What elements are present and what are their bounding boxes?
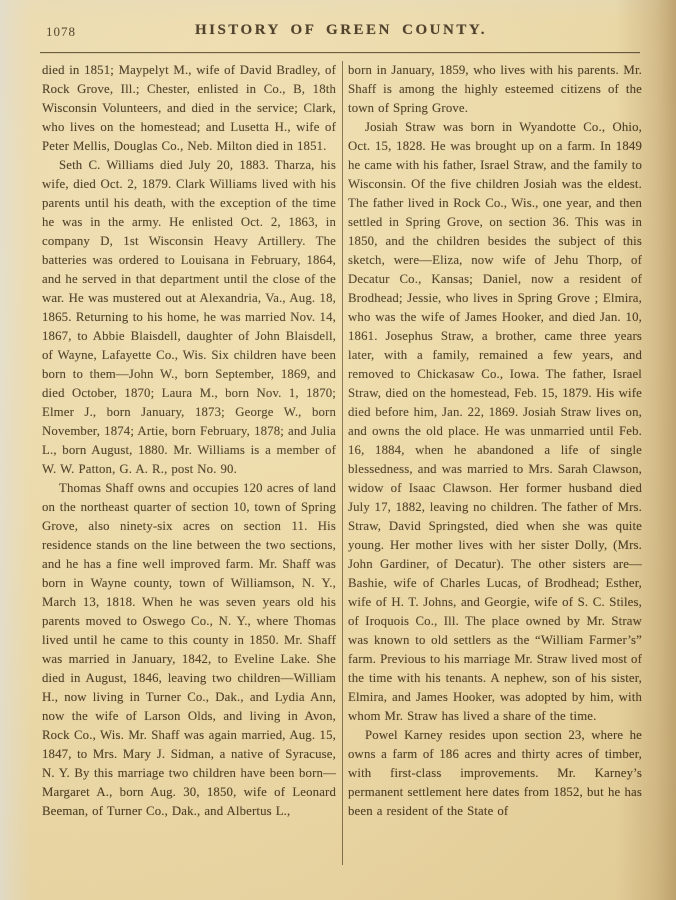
paragraph: Josiah Straw was born in Wyandotte Co., … (348, 118, 642, 726)
right-column: born in January, 1859, who lives with hi… (348, 61, 642, 865)
column-divider (342, 61, 343, 865)
paragraph: died in 1851; Maypelyt M., wife of David… (42, 61, 336, 156)
left-column: died in 1851; Maypelyt M., wife of David… (42, 61, 336, 865)
page-header: 1078 HISTORY OF GREEN COUNTY. (46, 20, 636, 44)
paragraph: Powel Karney resides upon section 23, wh… (348, 726, 642, 821)
book-page: 1078 HISTORY OF GREEN COUNTY. died in 18… (0, 0, 676, 900)
text-columns: died in 1851; Maypelyt M., wife of David… (42, 61, 642, 865)
page-title: HISTORY OF GREEN COUNTY. (46, 22, 636, 39)
paragraph: Seth C. Williams died July 20, 1883. Tha… (42, 156, 336, 479)
header-rule (40, 52, 640, 53)
paragraph: born in January, 1859, who lives with hi… (348, 61, 642, 118)
paragraph: Thomas Shaff owns and occupies 120 acres… (42, 479, 336, 821)
